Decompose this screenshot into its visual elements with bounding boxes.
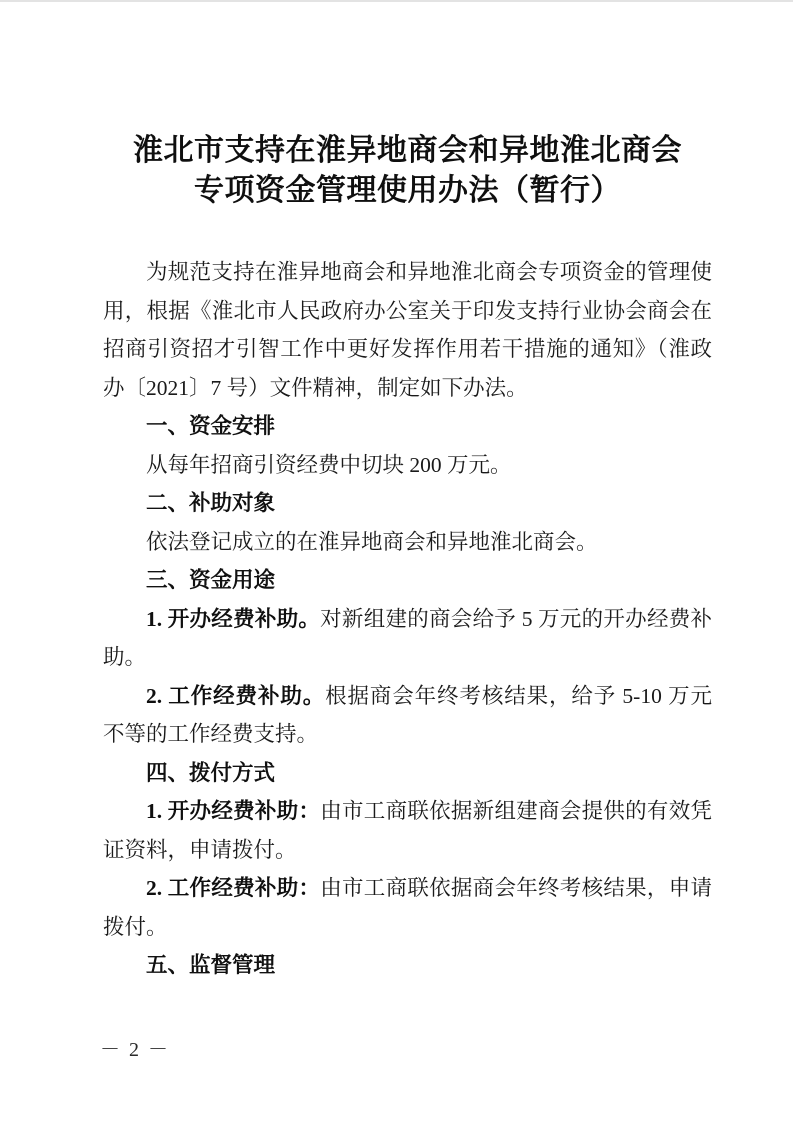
list-item-lead: 1. 开办经费补助。 — [146, 607, 320, 631]
paragraph-fund-arrangement: 从每年招商引资经费中切块 200 万元。 — [103, 446, 712, 485]
paragraph-subsidy-target: 依法登记成立的在淮异地商会和异地淮北商会。 — [103, 523, 712, 562]
list-item-work-subsidy: 2. 工作经费补助。根据商会年终考核结果，给予 5-10 万元不等的工作经费支持… — [103, 677, 712, 754]
section-heading-2: 二、补助对象 — [103, 484, 712, 523]
list-item-startup-subsidy: 1. 开办经费补助。对新组建的商会给予 5 万元的开办经费补助。 — [103, 600, 712, 677]
section-heading-3: 三、资金用途 — [103, 561, 712, 600]
list-item-lead: 2. 工作经费补助： — [146, 876, 320, 900]
document-title: 淮北市支持在淮异地商会和异地淮北商会 专项资金管理使用办法（暂行） — [103, 131, 712, 211]
list-item-lead: 2. 工作经费补助。 — [146, 684, 325, 708]
document-title-line-2: 专项资金管理使用办法（暂行） — [103, 171, 712, 211]
list-item-startup-payment: 1. 开办经费补助：由市工商联依据新组建商会提供的有效凭证资料，申请拨付。 — [103, 792, 712, 869]
document-content: 淮北市支持在淮异地商会和异地淮北商会 专项资金管理使用办法（暂行） 为规范支持在… — [0, 131, 793, 985]
section-heading-4: 四、拨付方式 — [103, 754, 712, 793]
list-item-work-payment: 2. 工作经费补助：由市工商联依据商会年终考核结果，申请拨付。 — [103, 869, 712, 946]
paragraph-intro: 为规范支持在淮异地商会和异地淮北商会专项资金的管理使用，根据《淮北市人民政府办公… — [103, 253, 712, 407]
section-heading-1: 一、资金安排 — [103, 407, 712, 446]
document-title-line-1: 淮北市支持在淮异地商会和异地淮北商会 — [103, 131, 712, 171]
section-heading-5: 五、监督管理 — [103, 946, 712, 985]
page-number: － 2 － — [100, 1038, 170, 1062]
document-page: 淮北市支持在淮异地商会和异地淮北商会 专项资金管理使用办法（暂行） 为规范支持在… — [0, 0, 793, 1122]
list-item-lead: 1. 开办经费补助： — [146, 799, 320, 823]
